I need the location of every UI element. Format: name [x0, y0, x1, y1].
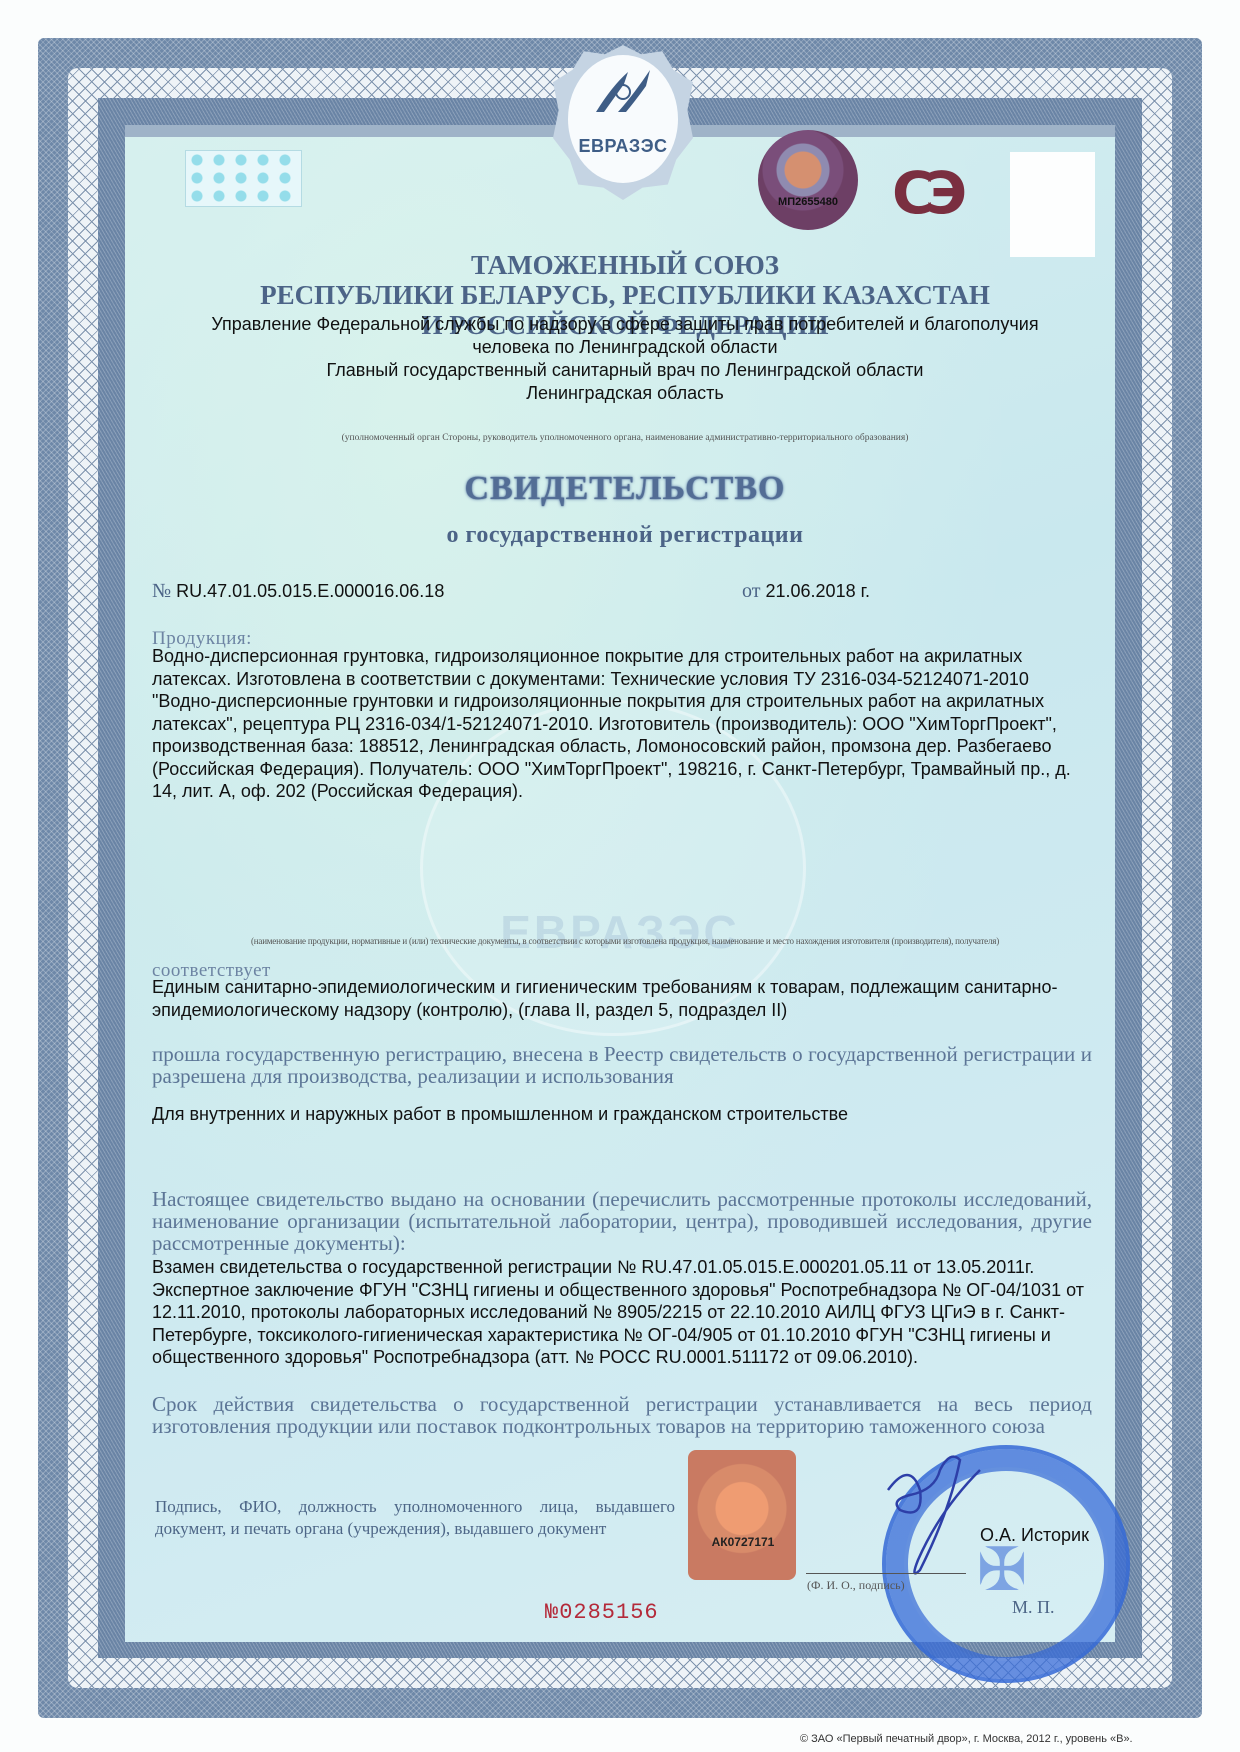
issuing-authority: Управление Федеральной службы по надзору…	[140, 313, 1110, 405]
number-label: №	[152, 580, 171, 602]
hologram-seal-icon	[758, 130, 858, 230]
hologram-sticker-icon	[688, 1450, 796, 1580]
signature-line	[806, 1573, 966, 1574]
signature-line-caption: (Ф. И. О., подпись)	[807, 1578, 905, 1593]
handwritten-signature	[880, 1450, 990, 1580]
usage-scope: Для внутренних и наружных работ в промыш…	[152, 1103, 1092, 1126]
validity-statement: Срок действия свидетельства о государств…	[152, 1393, 1092, 1437]
union-title-line: РЕСПУБЛИКИ БЕЛАРУСЬ, РЕСПУБЛИКИ КАЗАХСТА…	[150, 280, 1100, 310]
form-serial-number: №0285156	[545, 1600, 659, 1625]
printer-imprint: © ЗАО «Первый печатный двор», г. Москва,…	[800, 1733, 1133, 1745]
authority-caption: (уполномоченный орган Стороны, руководит…	[150, 433, 1100, 443]
registration-statement: прошла государственную регистрацию, внес…	[152, 1043, 1092, 1087]
authority-line: Главный государственный санитарный врач …	[140, 359, 1110, 382]
certificate-subtitle: о государственной регистрации	[150, 522, 1100, 549]
date-label: от	[742, 580, 760, 602]
authority-line: Ленинградская область	[140, 382, 1110, 405]
authority-line: человека по Ленинградской области	[140, 336, 1110, 359]
hologram-seal-number: МП2655480	[760, 196, 856, 208]
seal-place-label: М. П.	[1012, 1597, 1055, 1618]
eurasec-logo-icon	[590, 66, 656, 118]
authority-line: Управление Федеральной службы по надзору…	[140, 313, 1110, 336]
union-title-line: ТАМОЖЕННЫЙ СОЮЗ	[150, 250, 1100, 280]
certificate-date: 21.06.2018 г.	[766, 581, 870, 601]
certificate-number: RU.47.01.05.015.Е.000016.06.18	[176, 581, 444, 601]
certificate-title: СВИДЕТЕЛЬСТВО	[150, 470, 1100, 508]
hologram-strip	[185, 150, 302, 207]
product-caption: (наименование продукции, нормативные и (…	[150, 936, 1100, 946]
hologram-sticker-number: АК0727171	[693, 1535, 793, 1549]
watermark-text: ЕВРАЗЭС	[470, 905, 770, 959]
basis-documents: Взамен свидетельства о государственной р…	[152, 1256, 1092, 1369]
conformity-mark-icon: СЭ	[892, 163, 992, 223]
blank-patch	[1010, 152, 1095, 257]
product-description: Водно-дисперсионная грунтовка, гидроизол…	[152, 645, 1090, 803]
signer-name: О.А. Историк	[980, 1525, 1089, 1546]
basis-label: Настоящее свидетельство выдано на основа…	[152, 1188, 1092, 1254]
eurasec-emblem-text: ЕВРАЗЭС	[568, 136, 678, 157]
signature-label: Подпись, ФИО, должность уполномоченного …	[155, 1496, 675, 1540]
conformity-text: Единым санитарно-эпидемиологическим и ги…	[152, 976, 1092, 1021]
